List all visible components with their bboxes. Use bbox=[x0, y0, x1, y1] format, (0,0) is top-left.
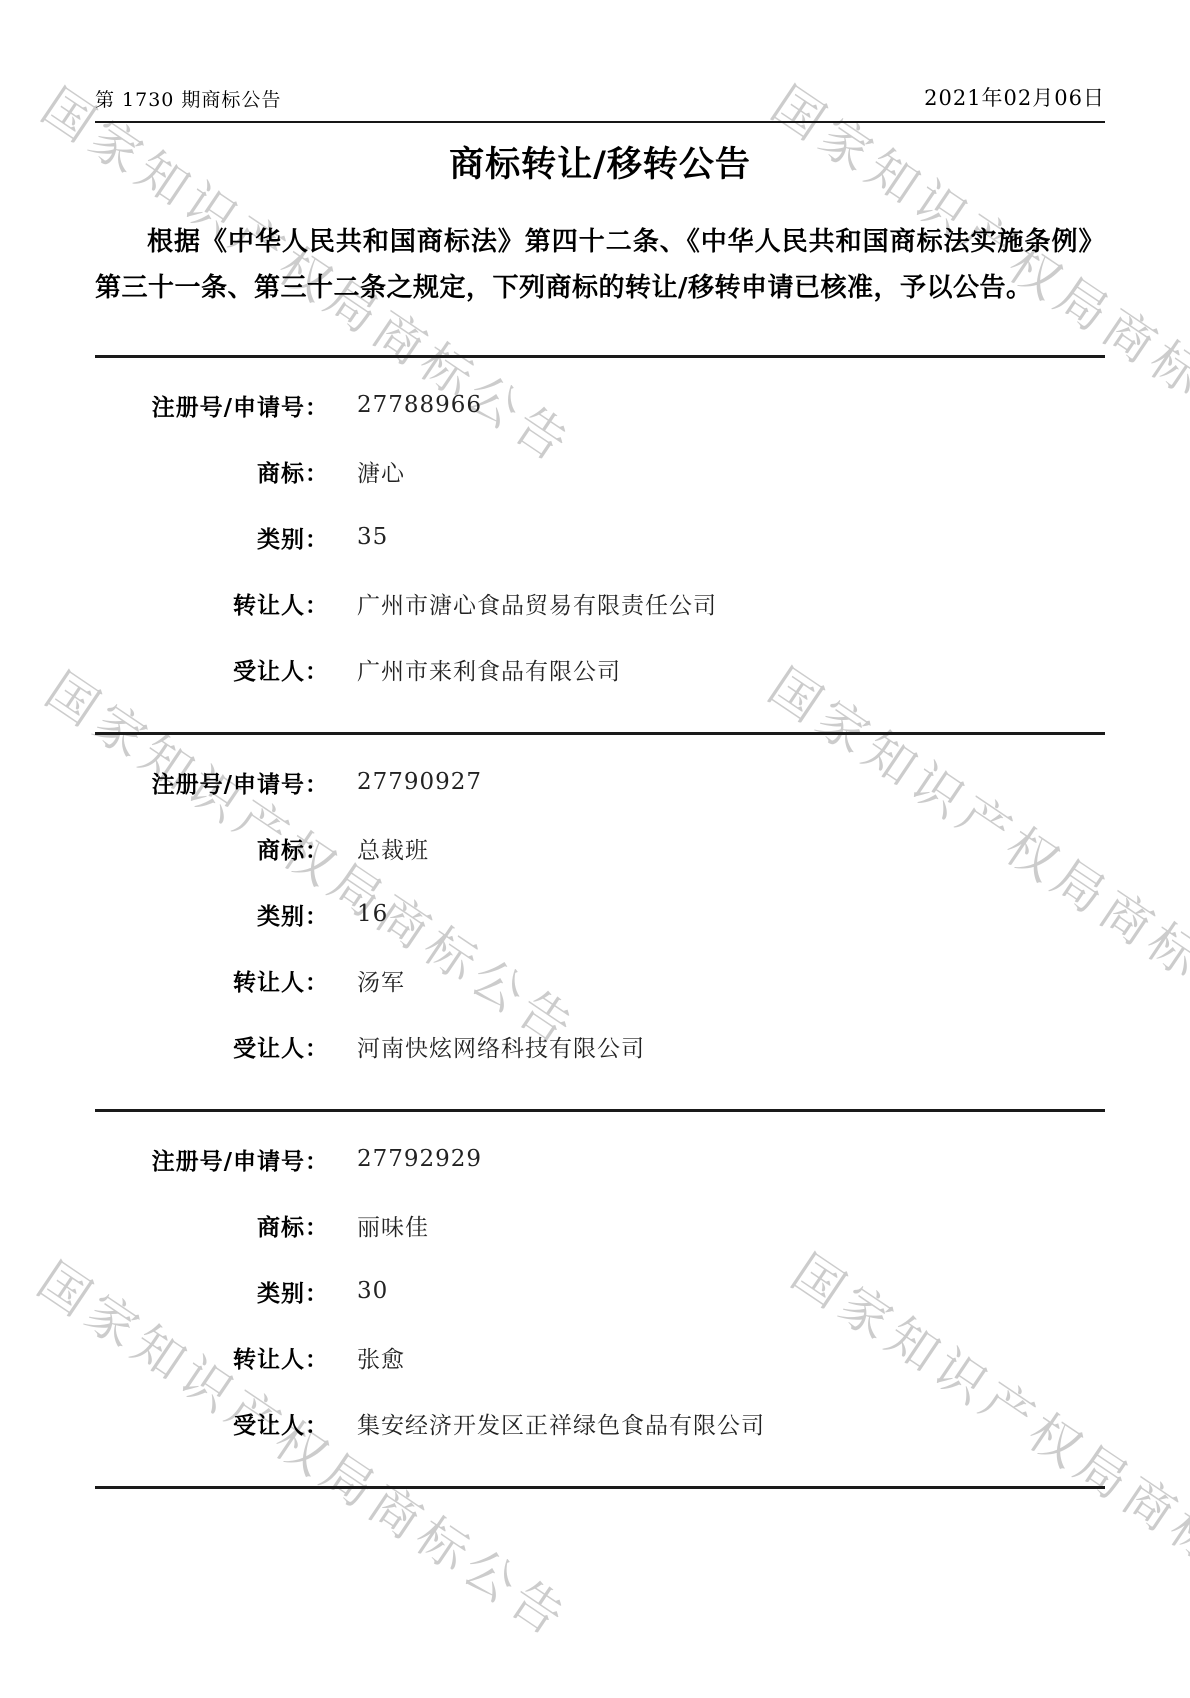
trademark-record: 注册号/申请号： 27792929 商标： 丽味佳 类别： 30 转让人： 张愈… bbox=[95, 1109, 1105, 1486]
regno-label: 注册号/申请号： bbox=[95, 389, 329, 422]
record-row-transferor: 转让人： 汤军 bbox=[95, 947, 1105, 1013]
regno-value: 27790927 bbox=[357, 769, 482, 795]
class-value: 30 bbox=[357, 1278, 388, 1304]
trademark-label: 商标： bbox=[95, 455, 329, 488]
trademark-label: 商标： bbox=[95, 1209, 329, 1242]
document-content: 第 1730 期商标公告 2021年02月06日 商标转让/移转公告 根据《中华… bbox=[95, 0, 1105, 1489]
publication-date: 2021年02月06日 bbox=[924, 82, 1105, 112]
trademark-value: 丽味佳 bbox=[357, 1209, 429, 1242]
transferee-label: 受让人： bbox=[95, 1407, 329, 1440]
record-row-regno: 注册号/申请号： 27790927 bbox=[95, 749, 1105, 815]
records-list: 注册号/申请号： 27788966 商标： 溏心 类别： 35 转让人： 广州市… bbox=[95, 355, 1105, 1489]
record-row-transferor: 转让人： 张愈 bbox=[95, 1324, 1105, 1390]
gazette-page: 国家知识产权局商标公告 国家知识产权局商标公告 国家知识产权局商标公告 国家知识… bbox=[0, 0, 1190, 1698]
trademark-value: 总裁班 bbox=[357, 832, 429, 865]
record-row-class: 类别： 16 bbox=[95, 881, 1105, 947]
record-row-transferor: 转让人： 广州市溏心食品贸易有限责任公司 bbox=[95, 570, 1105, 636]
transferee-value: 集安经济开发区正祥绿色食品有限公司 bbox=[357, 1407, 765, 1440]
trademark-record: 注册号/申请号： 27788966 商标： 溏心 类别： 35 转让人： 广州市… bbox=[95, 355, 1105, 732]
intro-paragraph: 根据《中华人民共和国商标法》第四十二条、《中华人民共和国商标法实施条例》第三十一… bbox=[95, 219, 1105, 311]
transferor-label: 转让人： bbox=[95, 964, 329, 997]
transferor-label: 转让人： bbox=[95, 587, 329, 620]
record-row-transferee: 受让人： 广州市来利食品有限公司 bbox=[95, 636, 1105, 702]
class-label: 类别： bbox=[95, 521, 329, 554]
record-row-transferee: 受让人： 集安经济开发区正祥绿色食品有限公司 bbox=[95, 1390, 1105, 1456]
record-row-trademark: 商标： 溏心 bbox=[95, 438, 1105, 504]
page-header: 第 1730 期商标公告 2021年02月06日 bbox=[95, 0, 1105, 112]
trademark-value: 溏心 bbox=[357, 455, 405, 488]
regno-value: 27792929 bbox=[357, 1146, 482, 1172]
class-value: 35 bbox=[357, 524, 388, 550]
class-value: 16 bbox=[357, 901, 388, 927]
record-row-transferee: 受让人： 河南快炫网络科技有限公司 bbox=[95, 1013, 1105, 1079]
trademark-record: 注册号/申请号： 27790927 商标： 总裁班 类别： 16 转让人： 汤军… bbox=[95, 732, 1105, 1109]
record-row-class: 类别： 30 bbox=[95, 1258, 1105, 1324]
regno-label: 注册号/申请号： bbox=[95, 766, 329, 799]
regno-value: 27788966 bbox=[357, 392, 482, 418]
record-row-regno: 注册号/申请号： 27792929 bbox=[95, 1126, 1105, 1192]
transferee-value: 广州市来利食品有限公司 bbox=[357, 653, 621, 686]
record-row-regno: 注册号/申请号： 27788966 bbox=[95, 372, 1105, 438]
record-row-class: 类别： 35 bbox=[95, 504, 1105, 570]
document-title: 商标转让/移转公告 bbox=[95, 137, 1105, 187]
header-divider bbox=[95, 121, 1105, 123]
trademark-label: 商标： bbox=[95, 832, 329, 865]
class-label: 类别： bbox=[95, 1275, 329, 1308]
record-row-trademark: 商标： 总裁班 bbox=[95, 815, 1105, 881]
regno-label: 注册号/申请号： bbox=[95, 1143, 329, 1176]
record-row-trademark: 商标： 丽味佳 bbox=[95, 1192, 1105, 1258]
gazette-issue-number: 第 1730 期商标公告 bbox=[95, 85, 281, 112]
transferee-label: 受让人： bbox=[95, 1030, 329, 1063]
transferee-label: 受让人： bbox=[95, 653, 329, 686]
transferor-value: 张愈 bbox=[357, 1341, 405, 1374]
bottom-divider bbox=[95, 1486, 1105, 1489]
transferor-label: 转让人： bbox=[95, 1341, 329, 1374]
transferor-value: 汤军 bbox=[357, 964, 405, 997]
class-label: 类别： bbox=[95, 898, 329, 931]
transferee-value: 河南快炫网络科技有限公司 bbox=[357, 1030, 645, 1063]
transferor-value: 广州市溏心食品贸易有限责任公司 bbox=[357, 587, 717, 620]
